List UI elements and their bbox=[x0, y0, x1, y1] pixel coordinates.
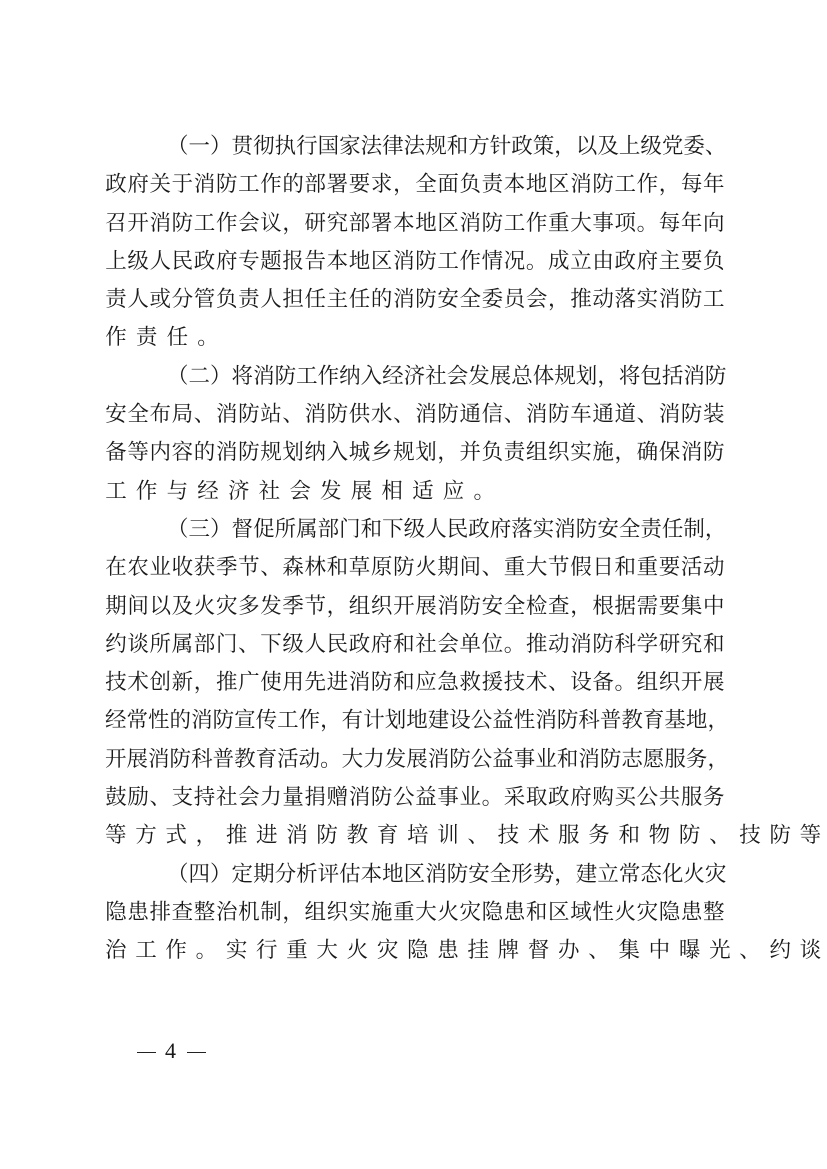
text-line: 政府关于消防工作的部署要求，全面负责本地区消防工作，每年 bbox=[105, 166, 725, 204]
text-line: 工作与经济社会发展相适应。 bbox=[105, 473, 725, 511]
text-line: （二）将消防工作纳入经济社会发展总体规划，将包括消防 bbox=[105, 358, 725, 396]
paragraph-p4: （四）定期分析评估本地区消防安全形势，建立常态化火灾隐患排查整治机制，组织实施重… bbox=[105, 856, 725, 971]
text-line: 上级人民政府专题报告本地区消防工作情况。成立由政府主要负 bbox=[105, 243, 725, 281]
text-line: 隐患排查整治机制，组织实施重大火灾隐患和区域性火灾隐患整 bbox=[105, 894, 725, 932]
text-line: 期间以及火灾多发季节，组织开展消防安全检查，根据需要集中 bbox=[105, 588, 725, 626]
paragraph-p3: （三）督促所属部门和下级人民政府落实消防安全责任制，在农业收获季节、森林和草原防… bbox=[105, 511, 725, 856]
text-line: （四）定期分析评估本地区消防安全形势，建立常态化火灾 bbox=[105, 856, 725, 894]
text-line: 安全布局、消防站、消防供水、消防通信、消防车通道、消防装 bbox=[105, 396, 725, 434]
paragraph-p2: （二）将消防工作纳入经济社会发展总体规划，将包括消防安全布局、消防站、消防供水、… bbox=[105, 358, 725, 511]
page-number: 4 bbox=[165, 1038, 178, 1063]
dash-right bbox=[187, 1052, 206, 1053]
text-line: 经常性的消防宣传工作，有计划地建设公益性消防科普教育基地， bbox=[105, 702, 725, 740]
text-line: 作责任。 bbox=[105, 319, 725, 357]
text-line: 备等内容的消防规划纳入城乡规划，并负责组织实施，确保消防 bbox=[105, 434, 725, 472]
text-line: （三）督促所属部门和下级人民政府落实消防安全责任制， bbox=[105, 511, 725, 549]
dash-left bbox=[137, 1052, 156, 1053]
text-line: 治工作。实行重大火灾隐患挂牌督办、集中曝光、约谈警示制度。 bbox=[105, 932, 725, 970]
text-line: 约谈所属部门、下级人民政府和社会单位。推动消防科学研究和 bbox=[105, 626, 725, 664]
text-line: （一）贯彻执行国家法律法规和方针政策，以及上级党委、 bbox=[105, 128, 725, 166]
text-line: 开展消防科普教育活动。大力发展消防公益事业和消防志愿服务， bbox=[105, 741, 725, 779]
page-number-footer: 4 bbox=[128, 1038, 215, 1064]
text-line: 鼓励、支持社会力量捐赠消防公益事业。采取政府购买公共服务 bbox=[105, 779, 725, 817]
document-page: （一）贯彻执行国家法律法规和方针政策，以及上级党委、政府关于消防工作的部署要求，… bbox=[105, 128, 725, 971]
text-line: 技术创新，推广使用先进消防和应急救援技术、设备。组织开展 bbox=[105, 664, 725, 702]
text-line: 召开消防工作会议，研究部署本地区消防工作重大事项。每年向 bbox=[105, 205, 725, 243]
text-line: 责人或分管负责人担任主任的消防安全委员会，推动落实消防工 bbox=[105, 281, 725, 319]
text-line: 等方式，推进消防教育培训、技术服务和物防、技防等工作。 bbox=[105, 817, 725, 855]
text-line: 在农业收获季节、森林和草原防火期间、重大节假日和重要活动 bbox=[105, 549, 725, 587]
paragraph-p1: （一）贯彻执行国家法律法规和方针政策，以及上级党委、政府关于消防工作的部署要求，… bbox=[105, 128, 725, 358]
